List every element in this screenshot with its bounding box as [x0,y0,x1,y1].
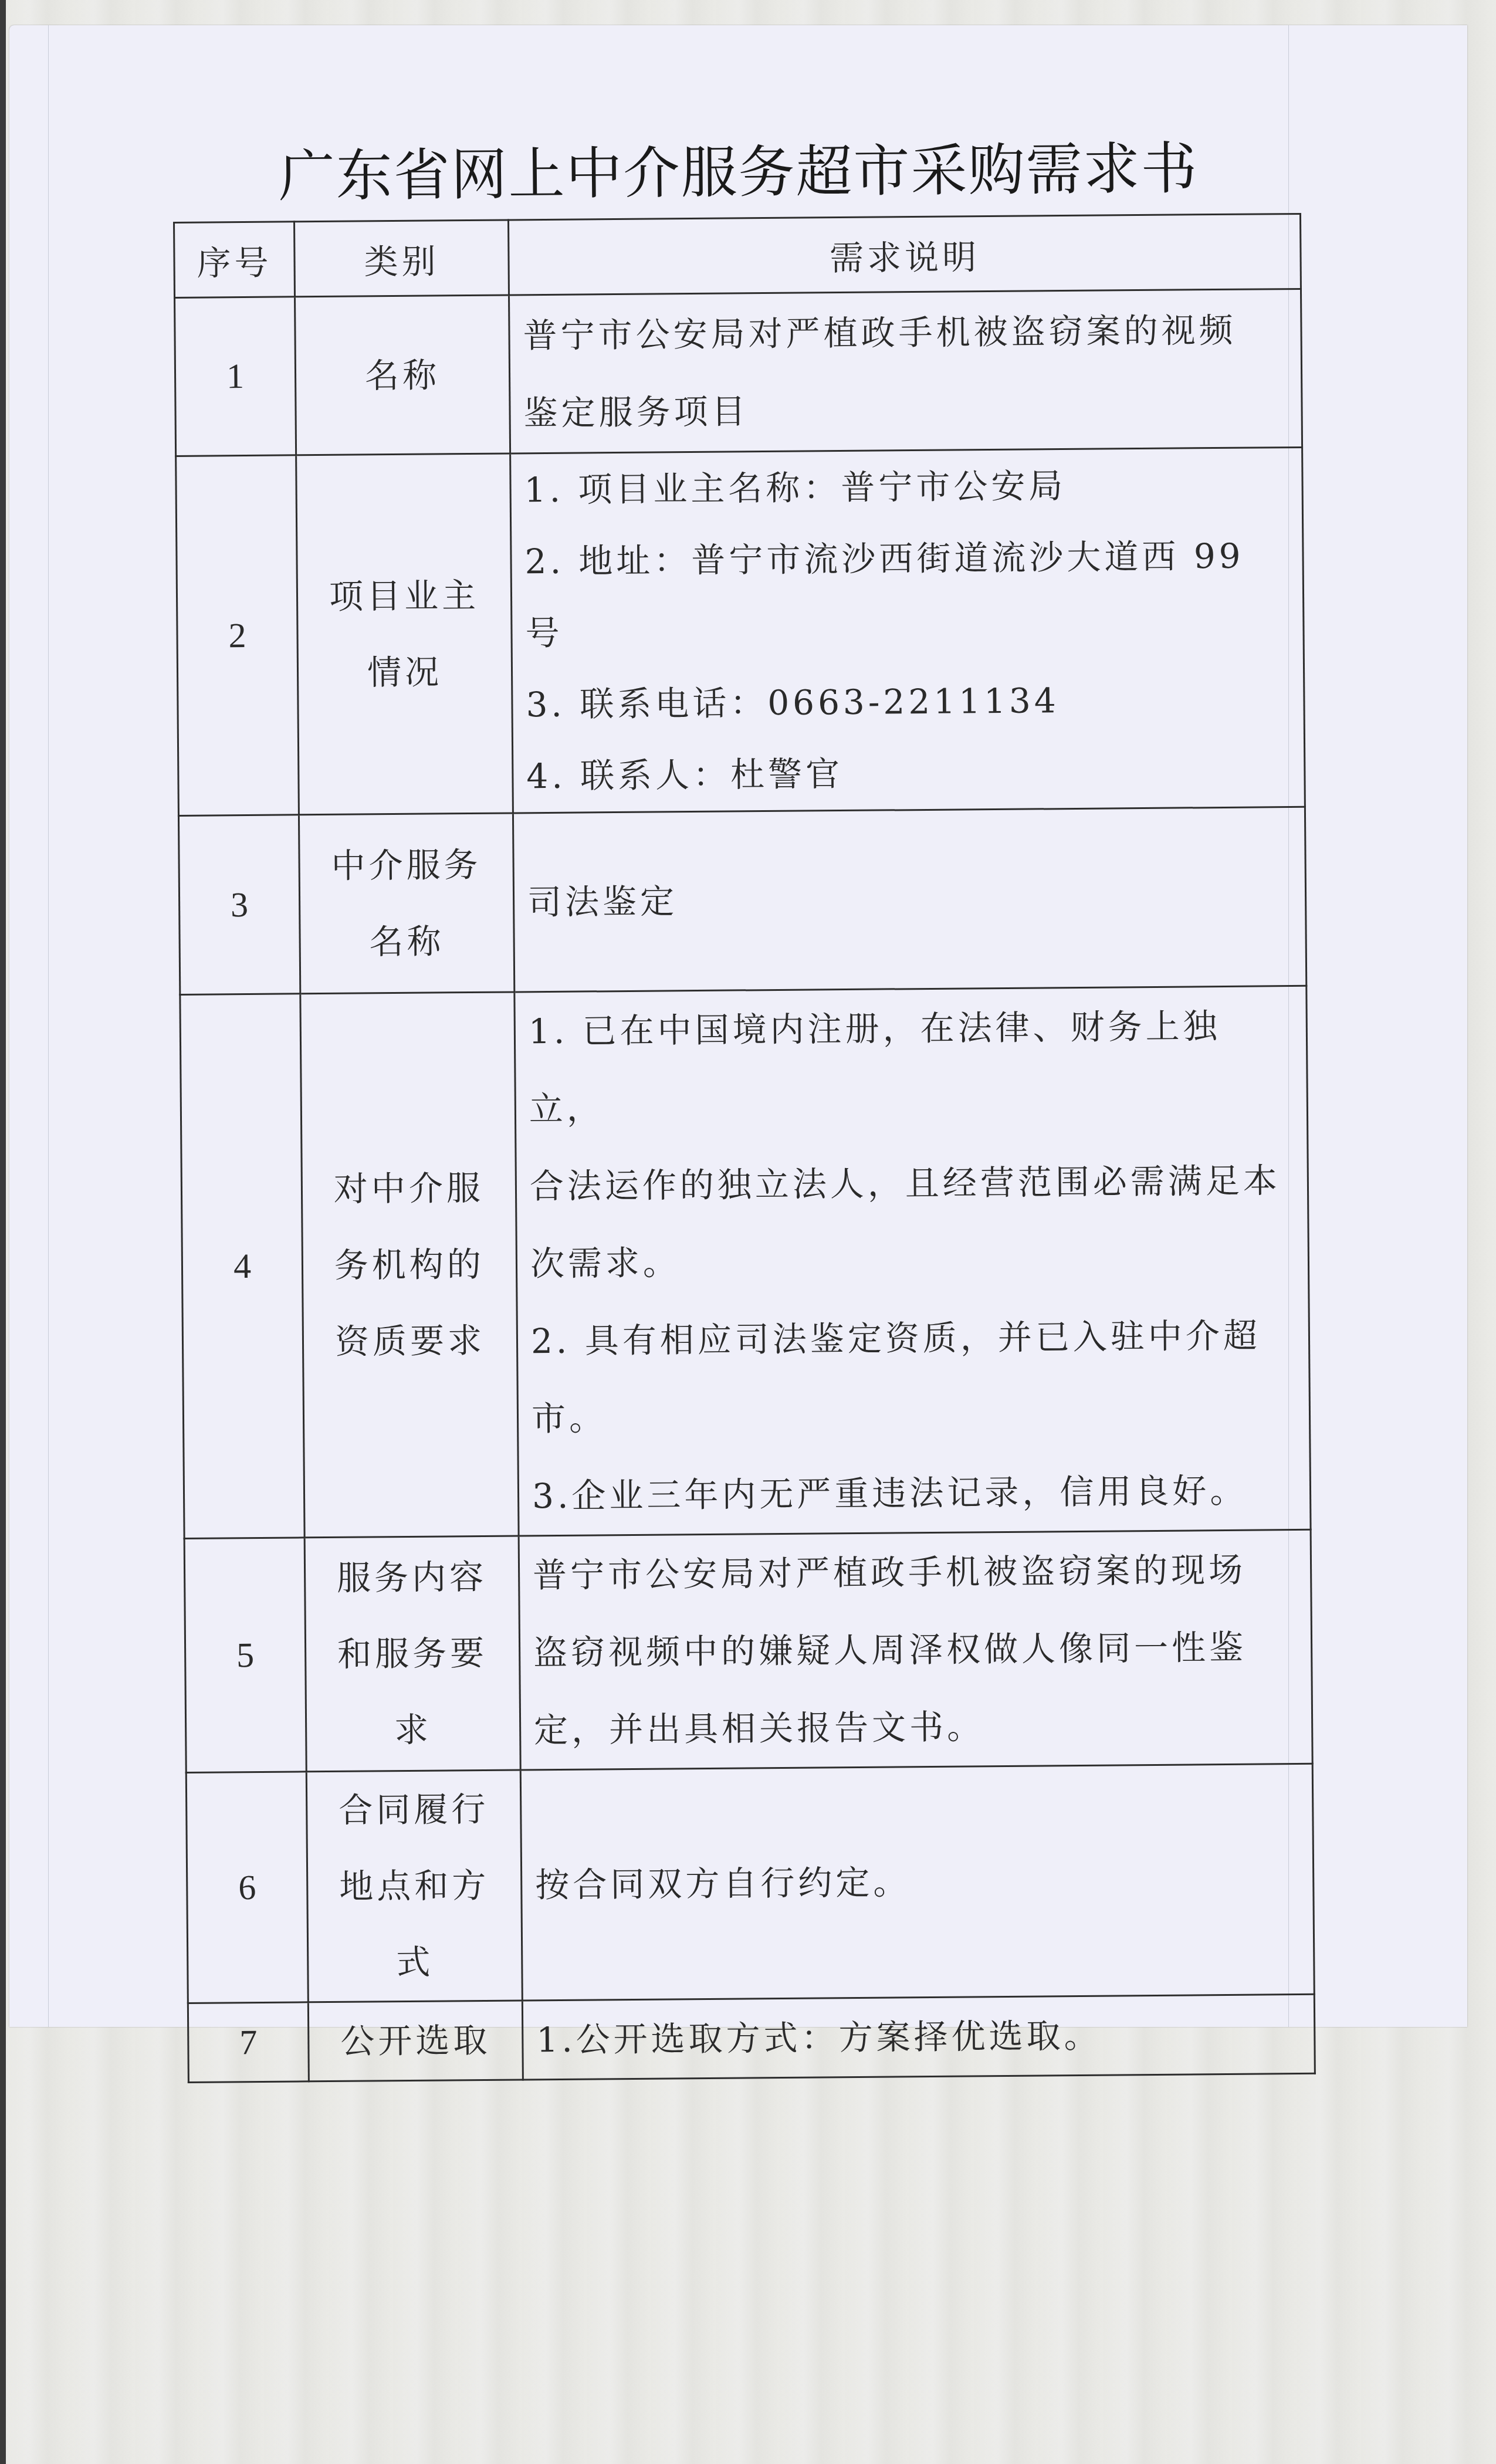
category-line: 资质要求 [314,1302,506,1380]
row-description: 司法鉴定 [513,807,1306,992]
header-category: 类别 [295,220,509,297]
description-line: 按合同双方自行约定。 [535,1840,1302,1924]
document-title: 广东省网上中介服务超市采购需求书 [9,121,1467,215]
description-line: 3.企业三年内无严重违法记录，信用良好。 [532,1451,1299,1535]
header-index: 序号 [174,222,295,298]
table-row: 1 名称 普宁市公安局对严植政手机被盗窃案的视频 鉴定服务项目 [175,289,1302,456]
row-index: 4 [180,994,304,1539]
description-line: 1. 项目业主名称：普宁市公安局 [524,448,1291,526]
description-line: 2. 地址：普宁市流沙西街道流沙大道西 99 号 [524,520,1292,669]
description-line: 1. 已在中国境内注册，在法律、财务上独立， [528,987,1296,1148]
category-line: 情况 [309,634,501,712]
table-row: 5 服务内容 和服务要 求 普宁市公安局对严植政手机被盗窃案的现场 盗窃视频中的… [184,1529,1312,1772]
category-line: 对中介服 [313,1150,505,1228]
row-description: 按合同双方自行约定。 [520,1764,1314,2001]
row-description: 1.公开选取方式：方案择优选取。 [522,1994,1315,2080]
scan-guide-line [48,25,49,2027]
category-line: 求 [317,1691,509,1769]
row-category: 中介服务 名称 [299,813,514,994]
description-line: 普宁市公安局对严植政手机被盗窃案的现场 [533,1531,1300,1614]
description-line: 2. 具有相应司法鉴定资质，并已入驻中介超 [530,1297,1298,1380]
description-line: 定，并出具相关报告文书。 [534,1685,1301,1769]
description-line: 市。 [532,1374,1299,1457]
category-line: 合同履行 [318,1771,510,1849]
description-line: 3. 联系电话：0663-2211134 [526,663,1293,740]
row-category: 合同履行 地点和方 式 [306,1770,522,2002]
row-description: 1. 已在中国境内注册，在法律、财务上独立， 合法运作的独立法人，且经营范围必需… [515,986,1311,1536]
row-category: 服务内容 和服务要 求 [304,1536,520,1772]
description-line: 盗窃视频中的嫌疑人周泽权做人像同一性鉴 [533,1608,1301,1691]
row-index: 3 [178,815,300,995]
table-row: 4 对中介服 务机构的 资质要求 1. 已在中国境内注册，在法律、财务上独立， … [180,986,1311,1538]
category-line: 公开选取 [320,2002,512,2080]
category-line: 服务内容 [316,1539,508,1617]
row-description: 普宁市公安局对严植政手机被盗窃案的视频 鉴定服务项目 [509,289,1302,453]
description-line: 次需求。 [530,1219,1297,1302]
category-line: 名称 [311,903,503,981]
row-index: 1 [175,297,296,456]
row-index: 5 [184,1538,306,1773]
row-category: 项目业主 情况 [296,453,513,815]
category-line: 和服务要 [317,1615,509,1693]
scanner-edge [0,0,6,2464]
row-index: 6 [186,1772,308,2003]
row-index: 2 [176,455,299,816]
row-description: 1. 项目业主名称：普宁市公安局 2. 地址：普宁市流沙西街道流沙大道西 99 … [510,447,1305,813]
description-line: 司法鉴定 [527,858,1295,941]
category-line: 中介服务 [310,827,502,905]
requirements-table: 序号 类别 需求说明 1 名称 普宁市公安局对严植政手机被盗窃案的视频 鉴定服务… [173,213,1316,2083]
table-row: 3 中介服务 名称 司法鉴定 [178,807,1306,994]
category-line: 式 [319,1924,511,2002]
description-line: 普宁市公安局对严植政手机被盗窃案的视频 [523,291,1290,374]
row-description: 普宁市公安局对严植政手机被盗窃案的现场 盗窃视频中的嫌疑人周泽权做人像同一性鉴 … [519,1529,1312,1770]
row-category: 公开选取 [308,2001,523,2081]
row-category: 对中介服 务机构的 资质要求 [300,992,519,1538]
category-line: 项目业主 [309,557,500,635]
row-index: 7 [188,2002,309,2083]
table-header-row: 序号 类别 需求说明 [174,214,1301,297]
table-row: 6 合同履行 地点和方 式 按合同双方自行约定。 [186,1764,1314,2003]
description-line: 鉴定服务项目 [523,368,1291,452]
description-line: 合法运作的独立法人，且经营范围必需满足本 [529,1142,1297,1225]
row-category: 名称 [295,295,510,455]
category-line: 地点和方 [319,1847,510,1925]
table-row: 7 公开选取 1.公开选取方式：方案择优选取。 [188,1994,1315,2082]
category-line: 名称 [307,336,499,414]
requirements-table-wrapper: 序号 类别 需求说明 1 名称 普宁市公安局对严植政手机被盗窃案的视频 鉴定服务… [173,213,1314,2083]
description-line: 4. 联系人：杜警官 [526,735,1294,812]
description-line: 1.公开选取方式：方案择优选取。 [536,1995,1304,2079]
scanned-page: 广东省网上中介服务超市采购需求书 序号 类别 需求说明 1 名称 普宁市公安局 [9,25,1467,2027]
table-row: 2 项目业主 情况 1. 项目业主名称：普宁市公安局 2. 地址：普宁市流沙西街… [176,447,1305,815]
category-line: 务机构的 [313,1226,505,1304]
header-description: 需求说明 [508,214,1301,295]
